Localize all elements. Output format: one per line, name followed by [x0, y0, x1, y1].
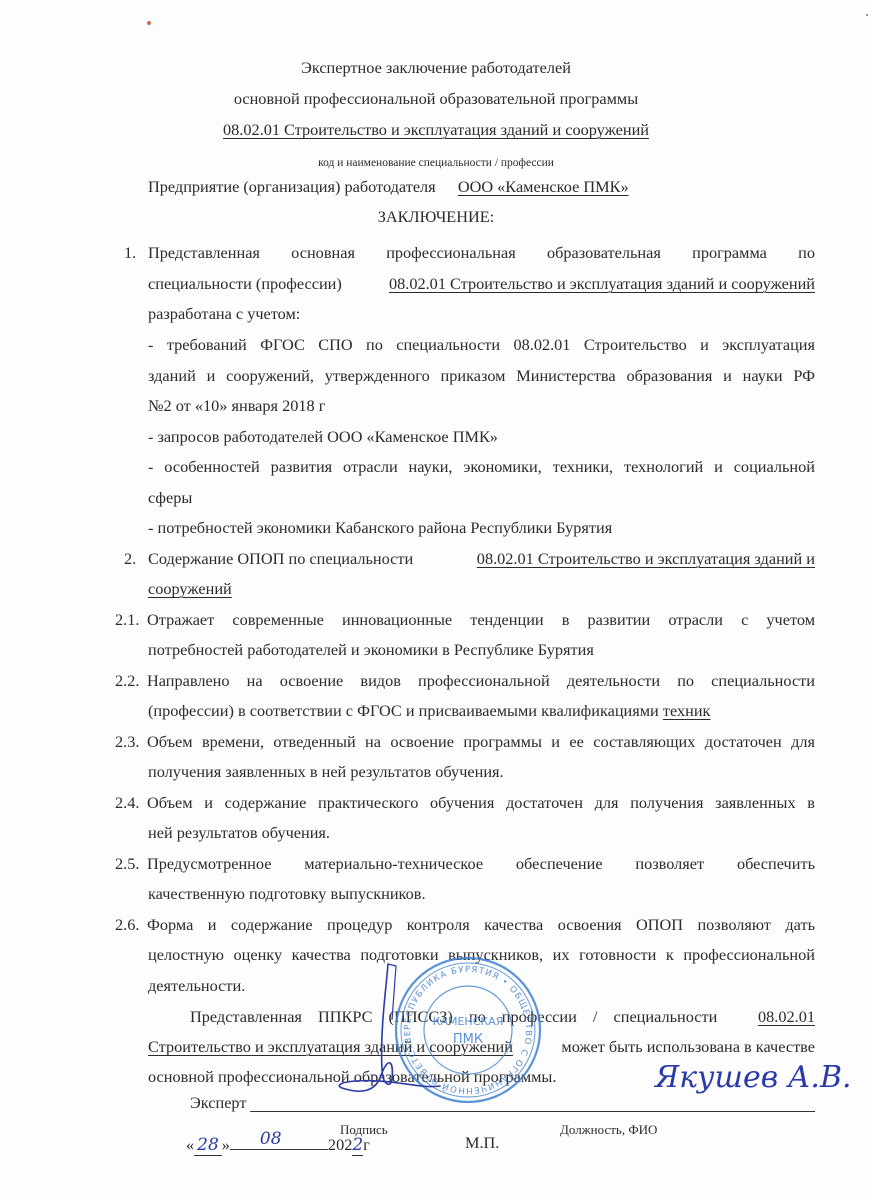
section-1-number: 1.	[124, 243, 136, 263]
item-2-1-line-2: потребностей работодателей и экономики в…	[148, 640, 594, 660]
date-close-quote: »	[222, 1135, 230, 1154]
expert-name-handwritten: Якушев А.В.	[655, 1060, 852, 1095]
title-line-1: Экспертное заключение работодателей	[0, 58, 872, 78]
employer-label: Предприятие (организация) работодателя	[148, 177, 436, 196]
bullet-fgos-line-1: - требований ФГОС СПО по специальности 0…	[148, 335, 815, 355]
program-caption: код и наименование специальности / профе…	[0, 153, 872, 173]
stamp-center-line-2: ПМК	[453, 1032, 483, 1047]
section-2-program-1: 08.02.01 Строительство и эксплуатация зд…	[477, 549, 815, 569]
section-1-program: 08.02.01 Строительство и эксплуатация зд…	[389, 274, 815, 294]
program-title: 08.02.01 Строительство и эксплуатация зд…	[0, 120, 872, 140]
item-2-1-line-1: Отражает современные инновационные тенде…	[147, 610, 815, 630]
title-line-2: основной профессиональной образовательно…	[0, 89, 872, 109]
bullet-industry-line-2: сферы	[148, 488, 192, 508]
date-year-suffix: г	[363, 1135, 370, 1154]
item-2-2-line-1: Направлено на освоение видов профессиона…	[147, 671, 815, 691]
date-row: «28»082022г	[186, 1133, 370, 1155]
item-2-2-line-2: (профессии) в соответствии с ФГОС и прис…	[148, 701, 710, 721]
date-day: 28	[194, 1135, 222, 1156]
date-year-prefix: 202	[328, 1135, 352, 1154]
conclusion-heading: ЗАКЛЮЧЕНИЕ:	[0, 207, 872, 227]
section-2-line-1: Содержание ОПОП по специальности 08.02.0…	[148, 549, 815, 569]
section-2-line-2: сооружений	[148, 579, 232, 599]
section-2-number: 2.	[124, 549, 136, 569]
scan-speck	[866, 14, 868, 16]
item-2-6-line-1: Форма и содержание процедур контроля кач…	[147, 915, 815, 935]
bullet-economy: - потребностей экономики Кабанского райо…	[148, 518, 612, 538]
seal-label: М.П.	[465, 1133, 499, 1153]
item-2-3-number: 2.3.	[115, 732, 139, 752]
section-1-line-2: специальности (профессии) 08.02.01 Строи…	[148, 274, 815, 294]
closing-code: 08.02.01	[758, 1007, 815, 1027]
item-2-5-line-1: Предусмотренное материально-техническое …	[147, 854, 815, 874]
item-2-4-line-2: ней результатов обучения.	[148, 823, 330, 843]
item-2-4-number: 2.4.	[115, 793, 139, 813]
bullet-industry-line-1: - особенностей развития отрасли науки, э…	[148, 457, 815, 477]
document-page: Экспертное заключение работодателей осно…	[0, 0, 872, 1200]
bullet-fgos-line-2: зданий и сооружений, утвержденного прика…	[148, 366, 815, 386]
employer-name: ООО «Каменское ПМК»	[458, 177, 629, 196]
employer-row: Предприятие (организация) работодателя О…	[148, 177, 629, 197]
signature-scribble-icon	[330, 960, 450, 1100]
date-month: 08	[260, 1129, 282, 1149]
closing-suffix: может быть использована в качестве	[561, 1037, 815, 1057]
program-code-name: 08.02.01 Строительство и эксплуатация зд…	[223, 120, 649, 139]
item-2-1-number: 2.1.	[115, 610, 139, 630]
expert-label: Эксперт	[190, 1093, 246, 1113]
date-open-quote: «	[186, 1135, 194, 1154]
bullet-fgos-line-3: №2 от «10» января 2018 г	[148, 396, 325, 416]
date-month-field: 08	[230, 1133, 328, 1150]
item-2-6-line-3: деятельности.	[148, 976, 245, 996]
scan-mark	[147, 21, 151, 25]
item-2-3-line-1: Объем времени, отведенный на освоение пр…	[147, 732, 815, 752]
qualification: техник	[663, 701, 711, 720]
bullet-employers: - запросов работодателей ООО «Каменское …	[148, 427, 498, 447]
item-2-2-line-2-text: (профессии) в соответствии с ФГОС и прис…	[148, 701, 659, 720]
position-caption: Должность, ФИО	[560, 1120, 657, 1140]
section-1-specialty-label: специальности (профессии)	[148, 274, 342, 294]
signature-line	[250, 1111, 815, 1112]
item-2-6-number: 2.6.	[115, 915, 139, 935]
item-2-4-line-1: Объем и содержание практического обучени…	[147, 793, 815, 813]
item-2-5-line-2: качественную подготовку выпускников.	[148, 884, 426, 904]
section-2-prefix: Содержание ОПОП по специальности	[148, 549, 413, 569]
item-2-5-number: 2.5.	[115, 854, 139, 874]
section-2-program-2: сооружений	[148, 579, 232, 598]
item-2-2-number: 2.2.	[115, 671, 139, 691]
item-2-3-line-2: получения заявленных в ней результатов о…	[148, 762, 504, 782]
section-1-line-1: Представленная основная профессиональная…	[148, 243, 815, 263]
date-year-digit: 2	[352, 1135, 363, 1156]
section-1-line-3: разработана с учетом:	[148, 304, 300, 324]
